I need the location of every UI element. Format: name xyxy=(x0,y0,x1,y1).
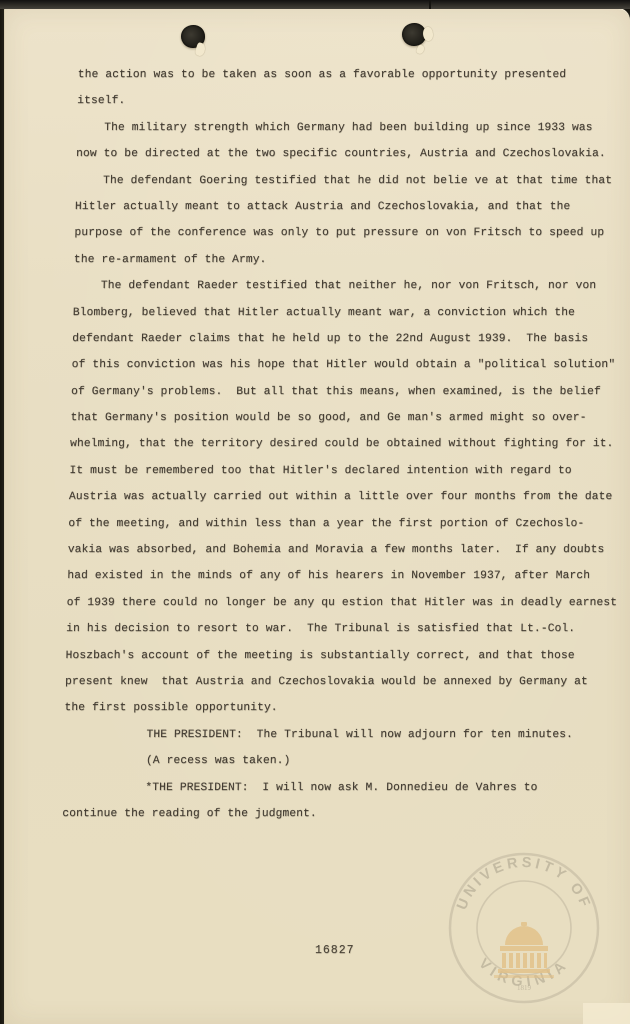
text-line: Blomberg, believed that Hitler actually … xyxy=(72,300,623,326)
text-line: the re-armament of the Army. xyxy=(74,247,625,273)
text-line: continue the reading of the judgment. xyxy=(62,801,613,827)
text-line: whelming, that the territory desired cou… xyxy=(70,431,621,457)
text-line: (A recess was taken.) xyxy=(63,748,614,774)
seal-year: 1819 xyxy=(517,984,532,992)
text-line: Hoszbach's account of the meeting is sub… xyxy=(65,643,616,669)
text-line: had existed in the minds of any of his h… xyxy=(67,563,618,589)
seal-arc-text-top: UNIVERSITY OF xyxy=(454,855,594,912)
text-line: that Germany's position would be so good… xyxy=(70,405,621,431)
page-number: 16827 xyxy=(315,944,355,957)
text-line: The defendant Raeder testified that neit… xyxy=(73,273,624,299)
text-line: THE PRESIDENT: The Tribunal will now adj… xyxy=(64,722,615,748)
university-of-virginia-seal-watermark: UNIVERSITY OF VIRGINIA 1819 xyxy=(444,848,604,1008)
text-line: now to be directed at the two specific c… xyxy=(76,141,627,167)
rotunda-building-icon xyxy=(494,922,554,978)
scanned-document: UNIVERSITY OF VIRGINIA 1819 the action w… xyxy=(0,0,630,1024)
text-line: *THE PRESIDENT: I will now ask M. Donned… xyxy=(63,775,614,801)
text-line: itself. xyxy=(77,88,628,114)
text-line: the first possible opportunity. xyxy=(64,695,615,721)
text-line: of Germany's problems. But all that this… xyxy=(71,379,622,405)
text-line: The military strength which Germany had … xyxy=(76,115,627,141)
scan-edge-mark xyxy=(429,0,431,9)
text-line: in his decision to resort to war. The Tr… xyxy=(66,616,617,642)
text-line: Hitler actually meant to attack Austria … xyxy=(75,194,626,220)
text-line: of this conviction was his hope that Hit… xyxy=(71,352,622,378)
text-line: It must be remembered too that Hitler's … xyxy=(69,458,620,484)
scan-background-top-edge xyxy=(0,0,630,9)
text-line: the action was to be taken as soon as a … xyxy=(77,62,628,88)
text-line: Austria was actually carried out within … xyxy=(69,484,620,510)
text-line: The defendant Goering testified that he … xyxy=(75,168,626,194)
text-line: defendant Raeder claims that he held up … xyxy=(72,326,623,352)
text-line: of 1939 there could no longer be any qu … xyxy=(66,590,617,616)
text-line: purpose of the conference was only to pu… xyxy=(74,220,625,246)
text-line: of the meeting, and within less than a y… xyxy=(68,511,619,537)
text-line: present knew that Austria and Czechoslov… xyxy=(65,669,616,695)
typed-text-block: the action was to be taken as soon as a … xyxy=(62,62,628,827)
text-line: vakia was absorbed, and Bohemia and Mora… xyxy=(67,537,618,563)
